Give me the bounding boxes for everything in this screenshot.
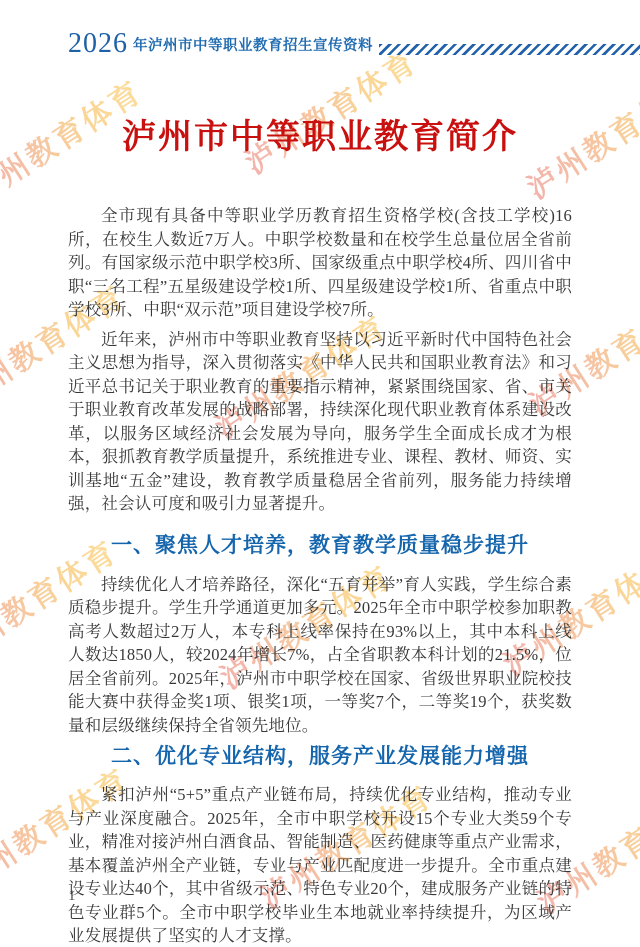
header-stripes-decoration xyxy=(379,44,640,55)
paragraph-4: 紧扣泸州“5+5”重点产业链布局，持续优化专业结构，推动专业与产业深度融合。20… xyxy=(68,783,572,947)
page-header: 2026 年泸州市中等职业教育招生宣传资料 xyxy=(68,28,572,58)
document-title: 泸州市中等职业教育简介 xyxy=(68,116,572,160)
paragraph-2: 近年来，泸州市中等职业教育坚持以习近平新时代中国特色社会主义思想为指导，深入贯彻… xyxy=(68,328,572,516)
paragraph-1: 全市现有具备中等职业学历教育招生资格学校(含技工学校)16所，在校生人数近7万人… xyxy=(68,204,572,322)
header-year: 2026 xyxy=(68,30,128,58)
header-title: 年泸州市中等职业教育招生宣传资料 xyxy=(133,34,373,55)
section-heading-2: 二、优化专业结构，服务产业发展能力增强 xyxy=(68,743,572,771)
document-content: 2026 年泸州市中等职业教育招生宣传资料 泸州市中等职业教育简介 全市现有具备… xyxy=(0,0,640,947)
page: 泸州教育体育 泸州教育体育 泸州教育体育 泸州教育体育 泸州教育体育 泸州教育体… xyxy=(0,0,640,947)
page-number: 1 xyxy=(68,888,76,905)
paragraph-3: 持续优化人才培养路径，深化“五育并举”育人实践，学生综合素质稳步提升。学生升学通… xyxy=(68,573,572,738)
section-heading-1: 一、聚焦人才培养，教育教学质量稳步提升 xyxy=(68,532,572,560)
